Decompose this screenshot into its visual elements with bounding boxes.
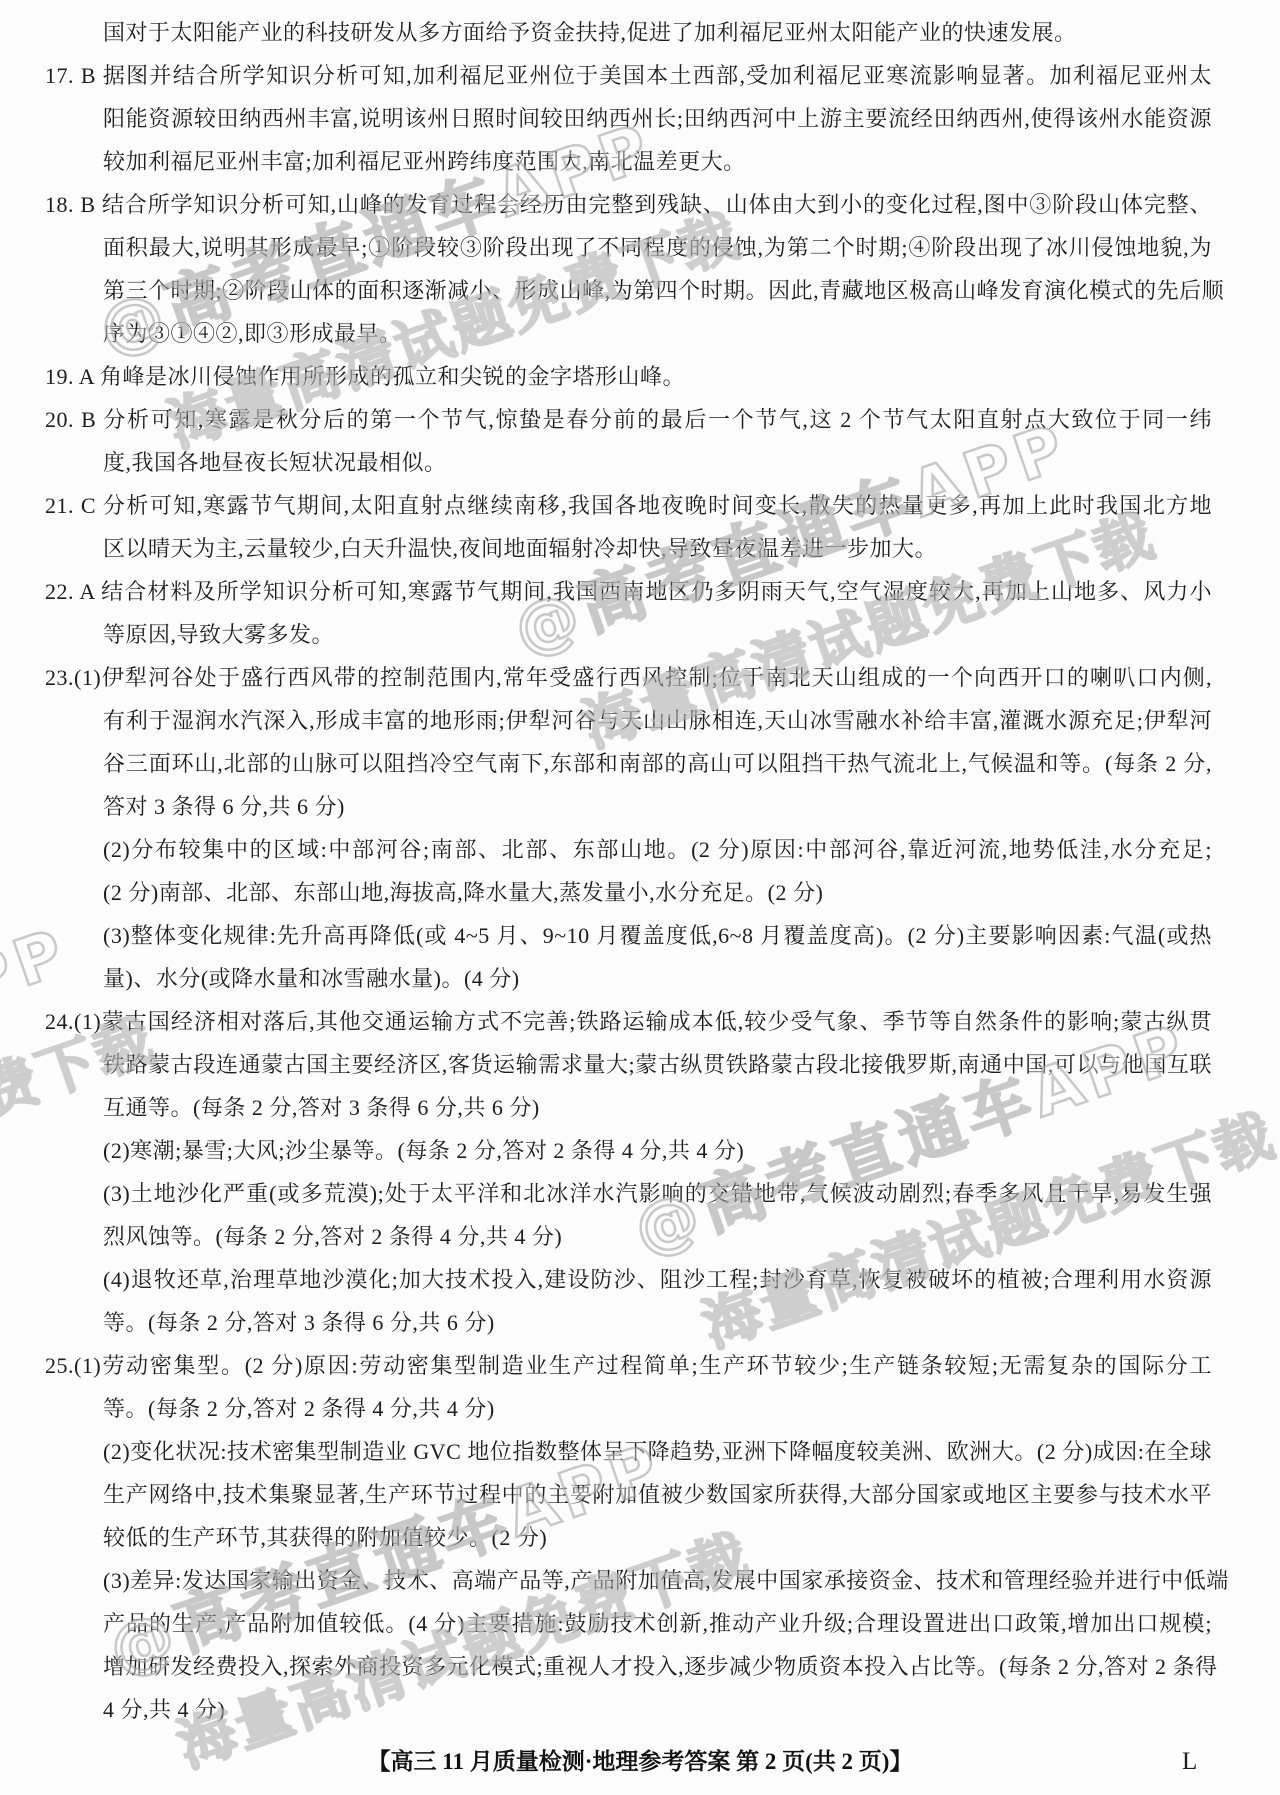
answer-line: 20. B 分析可知,寒露是秋分后的第一个节气,惊蛰是春分前的最后一个节气,这 …	[45, 398, 1212, 441]
answer-line: 有利于湿润水汽深入,形成丰富的地形雨;伊犁河谷与天山山脉相连,天山冰雪融水补给丰…	[103, 699, 1212, 742]
answer-line: 序为③①④②,即③形成最早。	[103, 312, 1212, 355]
answer-line: 较低的生产环节,其获得的附加值较少。(2 分)	[103, 1516, 1212, 1559]
answer-line: 区以晴天为主,云量较少,白天升温快,夜间地面辐射冷却快,导致昼夜温差进一步加大。	[103, 527, 1212, 570]
answer-line: 4 分,共 4 分)	[103, 1688, 1212, 1731]
page-footer-text: 【高三 11 月质量检测·地理参考答案 第 2 页(共 2 页)】	[368, 1749, 913, 1774]
answer-line: 谷三面环山,北部的山脉可以阻挡冷空气南下,东部和南部的高山可以阻挡干热气流北上,…	[103, 742, 1212, 785]
page-footer: 【高三 11 月质量检测·地理参考答案 第 2 页(共 2 页)】	[0, 1740, 1280, 1783]
answer-line: (3)土地沙化严重(或多荒漠);处于太平洋和北冰洋水汽影响的交错地带,气候波动剧…	[103, 1172, 1212, 1215]
answer-line: 答对 3 条得 6 分,共 6 分)	[103, 785, 1212, 828]
answer-line: 增加研发经费投入,探索外商投资多元化模式;重视人才投入,逐步减少物质资本投入占比…	[103, 1645, 1212, 1688]
answer-line: 较加利福尼亚州丰富;加利福尼亚州跨纬度范围大,南北温差更大。	[103, 140, 1212, 183]
text-layer: 国对于太阳能产业的科技研发从多方面给予资金扶持,促进了加利福尼亚州太阳能产业的快…	[0, 0, 1280, 1795]
answer-line: 24.(1)蒙古国经济相对落后,其他交通运输方式不完善;铁路运输成本低,较少受气…	[45, 1000, 1212, 1043]
answer-sheet-page: 国对于太阳能产业的科技研发从多方面给予资金扶持,促进了加利福尼亚州太阳能产业的快…	[0, 0, 1280, 1795]
answer-line: 互通等。(每条 2 分,答对 3 条得 6 分,共 6 分)	[103, 1086, 1212, 1129]
answer-line: 阳能资源较田纳西州丰富,说明该州日照时间较田纳西州长;田纳西河中上游主要流经田纳…	[103, 97, 1212, 140]
answer-line: 面积最大,说明其形成最早;①阶段较③阶段出现了不同程度的侵蚀,为第二个时期;④阶…	[103, 226, 1212, 269]
answer-line: 19. A 角峰是冰川侵蚀作用所形成的孤立和尖锐的金字塔形山峰。	[45, 355, 1212, 398]
answer-line: (3)差异:发达国家输出资金、技术、高端产品等,产品附加值高,发展中国家承接资金…	[103, 1559, 1212, 1602]
answer-line: 17. B 据图并结合所学知识分析可知,加利福尼亚州位于美国本土西部,受加利福尼…	[45, 54, 1212, 97]
answer-line: 等。(每条 2 分,答对 3 条得 6 分,共 6 分)	[103, 1301, 1212, 1344]
answer-line: 21. C 分析可知,寒露节气期间,太阳直射点继续南移,我国各地夜晚时间变长,散…	[45, 484, 1212, 527]
answer-line: 等。(每条 2 分,答对 2 条得 4 分,共 4 分)	[103, 1387, 1212, 1430]
answer-line: 18. B 结合所学知识分析可知,山峰的发育过程会经历由完整到残缺、山体由大到小…	[45, 183, 1212, 226]
answer-line: 22. A 结合材料及所学知识分析可知,寒露节气期间,我国西南地区仍多阴雨天气,…	[45, 570, 1212, 613]
answer-line: (2)变化状况:技术密集型制造业 GVC 地位指数整体呈下降趋势,亚洲下降幅度较…	[103, 1430, 1212, 1473]
answer-line: 等原因,导致大雾多发。	[103, 613, 1212, 656]
answer-line: (2)分布较集中的区域:中部河谷;南部、北部、东部山地。(2 分)原因:中部河谷…	[103, 828, 1212, 871]
answer-line: 25.(1)劳动密集型。(2 分)原因:劳动密集型制造业生产过程简单;生产环节较…	[45, 1344, 1212, 1387]
answer-line: (3)整体变化规律:先升高再降低(或 4~5 月、9~10 月覆盖度低,6~8 …	[103, 914, 1212, 957]
answer-line: (2)寒潮;暴雪;大风;沙尘暴等。(每条 2 分,答对 2 条得 4 分,共 4…	[103, 1129, 1212, 1172]
page-code: L	[1182, 1740, 1197, 1783]
answer-line: 烈风蚀等。(每条 2 分,答对 2 条得 4 分,共 4 分)	[103, 1215, 1212, 1258]
answer-line: 铁路蒙古段连通蒙古国主要经济区,客货运输需求量大;蒙古纵贯铁路蒙古段北接俄罗斯,…	[103, 1043, 1212, 1086]
answer-line: 产品的生产,产品附加值较低。(4 分)主要措施:鼓励技术创新,推动产业升级;合理…	[103, 1602, 1212, 1645]
answer-line: (2 分)南部、北部、东部山地,海拔高,降水量大,蒸发量小,水分充足。(2 分)	[103, 871, 1212, 914]
answer-line: 量)、水分(或降水量和冰雪融水量)。(4 分)	[103, 957, 1212, 1000]
answer-line: 国对于太阳能产业的科技研发从多方面给予资金扶持,促进了加利福尼亚州太阳能产业的快…	[103, 11, 1212, 54]
answer-line: 第三个时期;②阶段山体的面积逐渐减小、形成山峰,为第四个时期。因此,青藏地区极高…	[103, 269, 1212, 312]
answer-line: 生产网络中,技术集聚显著,生产环节过程中的主要附加值被少数国家所获得,大部分国家…	[103, 1473, 1212, 1516]
answer-line: 23.(1)伊犁河谷处于盛行西风带的控制范围内,常年受盛行西风控制;位于南北天山…	[45, 656, 1212, 699]
answer-line: 度,我国各地昼夜长短状况最相似。	[103, 441, 1212, 484]
answer-line: (4)退牧还草,治理草地沙漠化;加大技术投入,建设防沙、阻沙工程;封沙育草,恢复…	[103, 1258, 1212, 1301]
